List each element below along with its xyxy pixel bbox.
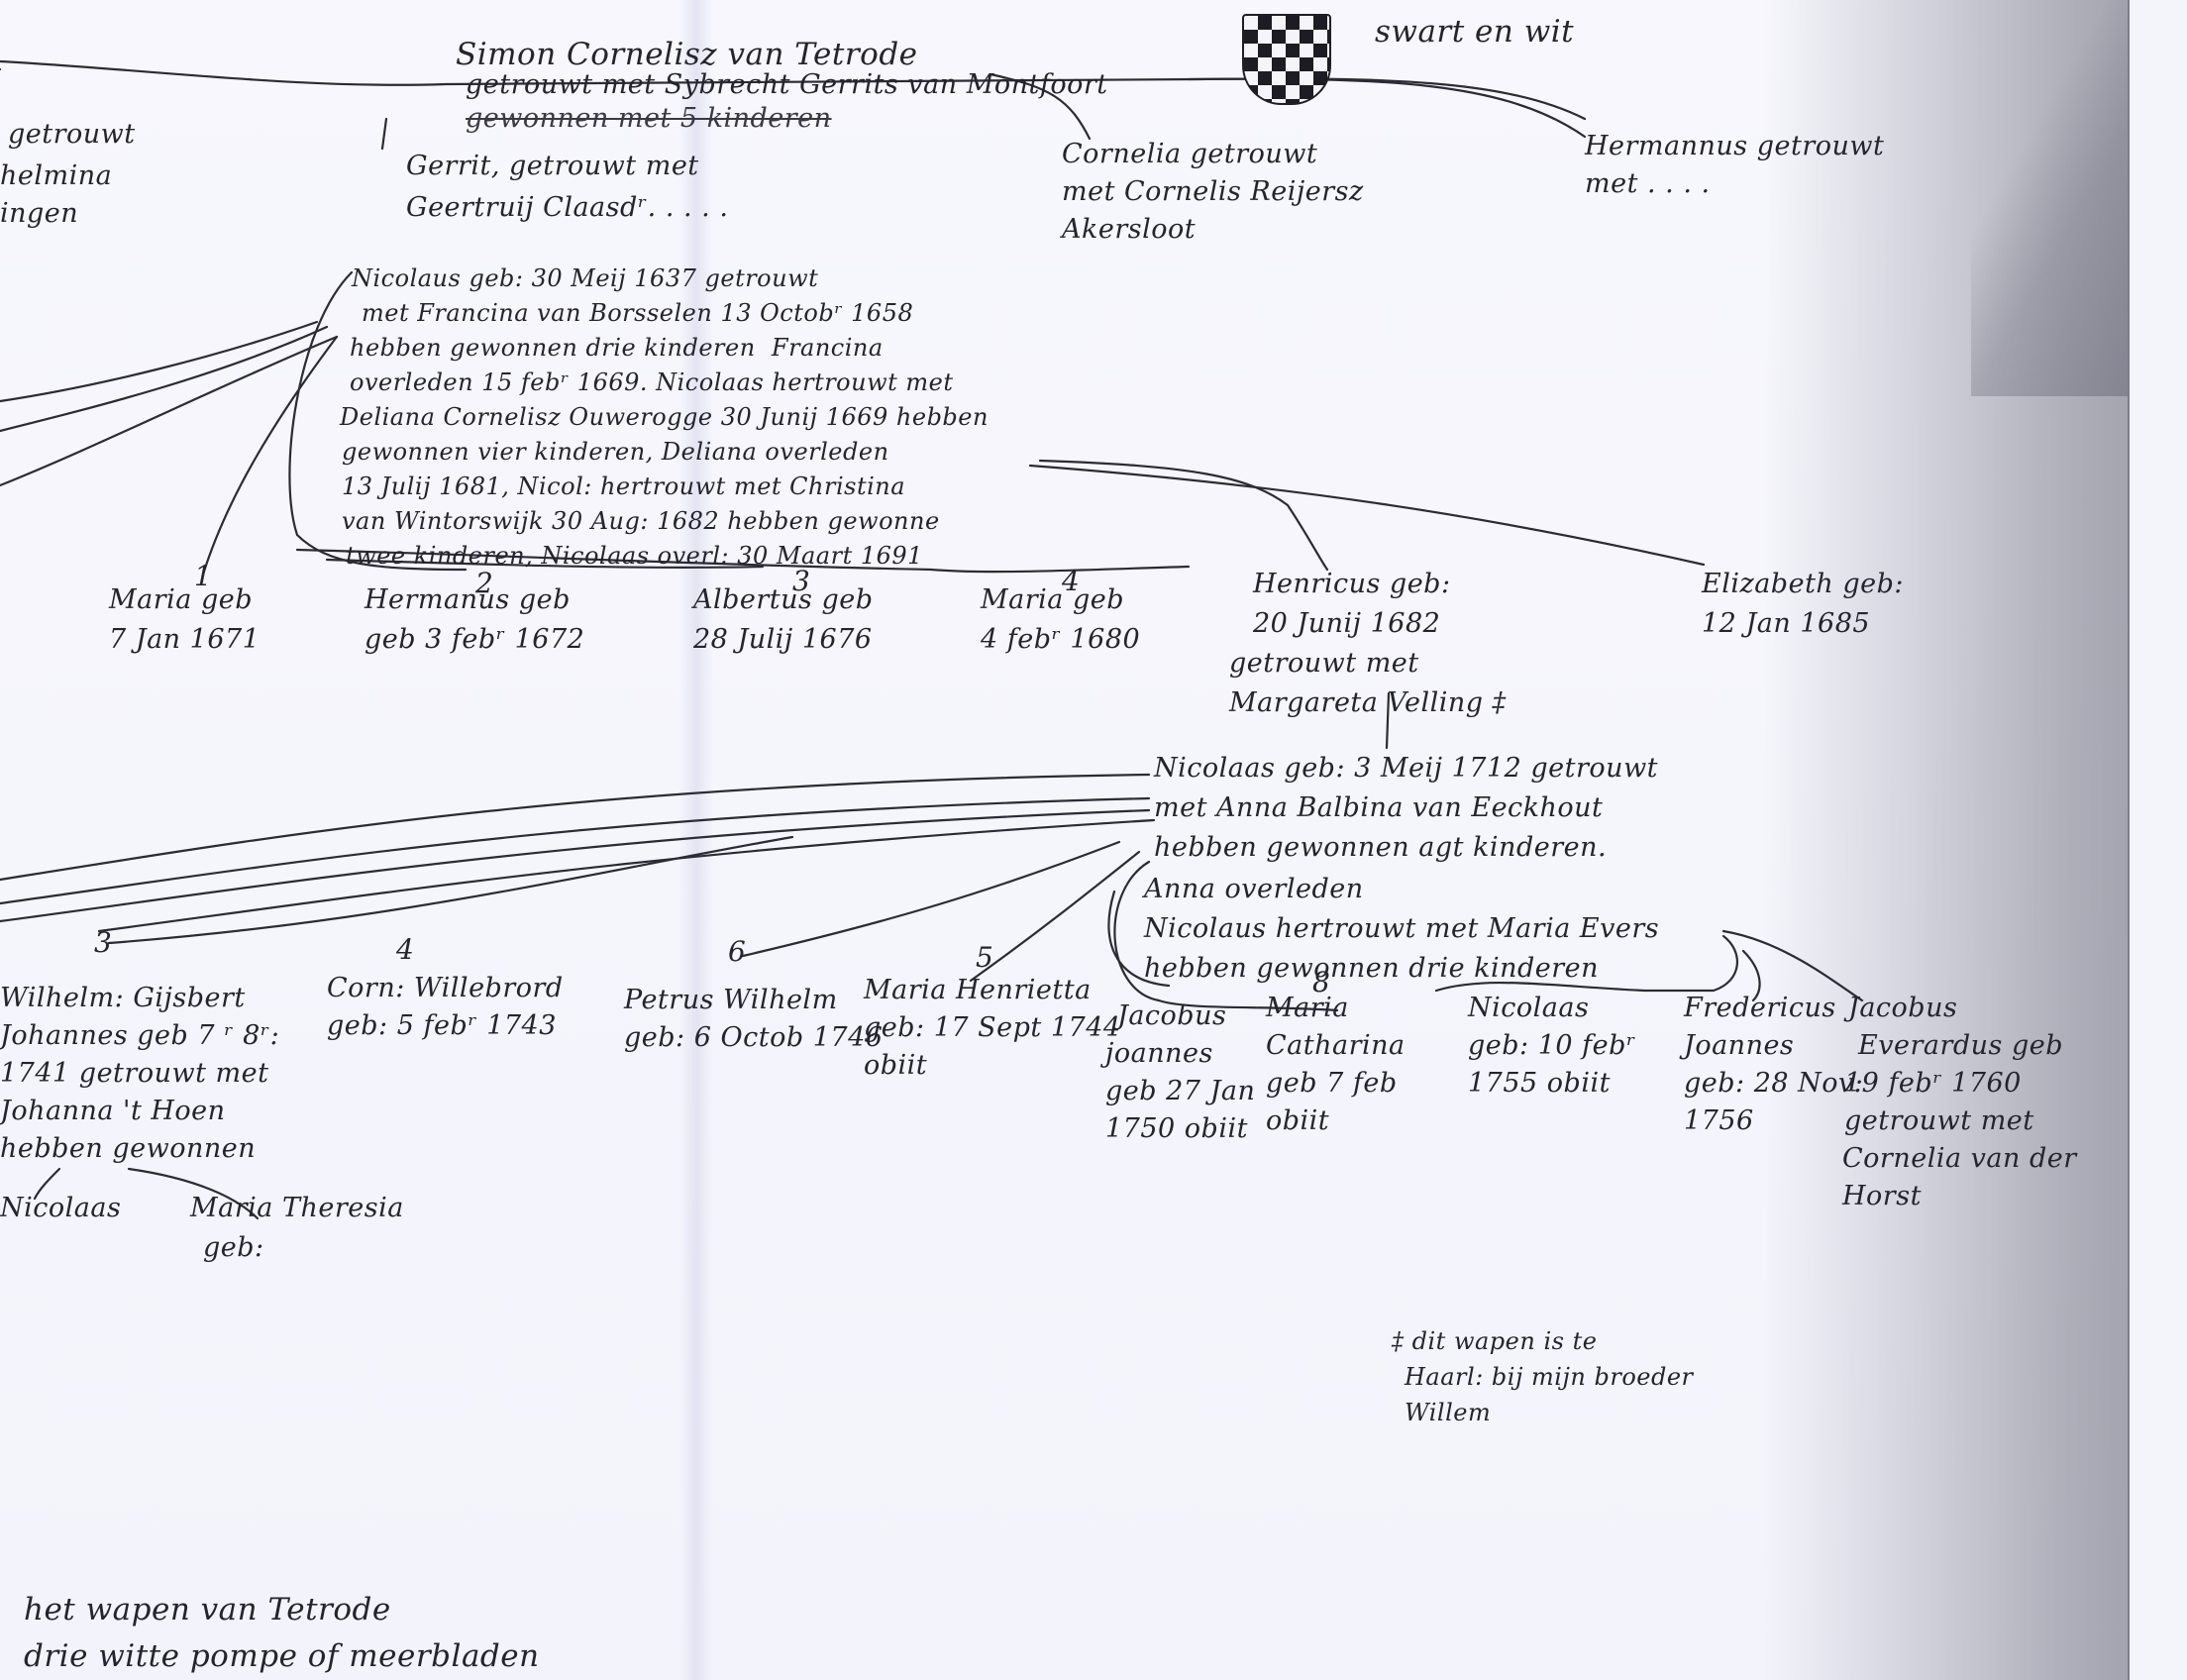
person-line: Albertus geb [693,582,874,618]
person-line: 1741 getrouwt met [0,1056,268,1092]
child-number: 8 [1312,966,1330,998]
person-line: geb: 10 febʳ [1468,1028,1636,1064]
person-maria-theresia-born: geb: [203,1230,264,1266]
person-line: 19 febʳ 1760 [1844,1066,2022,1102]
person-line: Gerrit, getrouwt met [406,149,699,184]
child-number: 2 [475,567,493,599]
person-line: 4 febʳ 1680 [981,622,1140,658]
person-line: geb: 17 Sept 1744 [864,1010,1121,1046]
person-line: geb 7 feb [1266,1066,1398,1102]
person-line: obiit [1266,1103,1329,1139]
person-line: 12 Jan 1685 [1702,606,1870,642]
arms-note-line-3: Willem [1405,1397,1491,1429]
person-line: Cornelia van der [1842,1141,2077,1177]
child-number: 5 [976,941,993,974]
person-line: Maria geb [109,582,253,618]
person-line: joannes [1105,1036,1213,1072]
person-line: twee kinderen, Nicolaas overl: 30 Maart … [346,540,923,573]
person-line: geb: 6 Octob 1746 [624,1020,883,1056]
footer-note-line-1: het wapen van Tetrode [24,1590,391,1629]
left-fragment-line-1: getrouwt [8,117,136,153]
person-line: overleden 15 febʳ 1669. Nicolaas hertrou… [350,367,954,399]
person-maria-theresia: Maria Theresia [190,1191,404,1226]
footer-note-line-2: drie witte pompe of meerbladen [24,1636,540,1676]
person-line: hebben gewonnen agt kinderen. [1154,830,1607,866]
person-line: Cornelia getrouwt [1062,137,1317,172]
founder-struck-line: gewonnen met 5 kinderen [466,101,832,137]
person-line: Geertruij Claasdʳ. . . . . [406,190,728,226]
person-line: met Francina van Borsselen 13 Octobʳ 165… [362,297,913,330]
person-line: 28 Julij 1676 [693,622,873,658]
person-line: Deliana Cornelisz Ouwerogge 30 Junij 166… [340,401,989,434]
person-line: 1756 [1684,1103,1754,1139]
person-line: met Anna Balbina van Eeckhout [1154,790,1603,826]
arms-note-line-1: ‡ dit wapen is te [1392,1325,1597,1358]
arms-colour-label: swart en wit [1375,12,1574,52]
child-number: 1 [194,560,212,592]
person-line: Catharina [1266,1028,1406,1064]
person-line: 1755 obiit [1468,1066,1611,1102]
person-line: getrouwt met [1229,646,1419,682]
person-line: met Cornelis Reijersz [1062,174,1364,210]
document-page [0,0,2128,1680]
person-line: Nicolaas geb: 3 Meij 1712 getrouwt [1154,751,1658,787]
person-line: geb: 28 Nov: [1684,1066,1863,1102]
person-line: Nicolaus geb: 30 Meij 1637 getrouwt [352,262,818,295]
person-line: Anna overleden [1144,872,1364,907]
person-line: hebben gewonnen drie kinderen Francina [350,332,884,365]
person-line: hebben gewonnen [0,1131,256,1167]
left-fragment-line-3: ingen [0,196,78,232]
person-line: Johanna 't Hoen [0,1094,226,1129]
left-fragment-line-2: helmina [0,158,112,194]
person-line: 7 Jan 1671 [109,622,260,658]
person-line: Maria Henrietta [864,973,1092,1008]
child-number: 6 [728,935,746,968]
person-line: met . . . . [1585,166,1711,202]
scanner-margin [2128,0,2187,1680]
person-line: Henricus geb: [1253,567,1451,602]
person-line: Akersloot [1062,212,1196,248]
person-line: Everardus geb [1858,1028,2063,1064]
person-line: obiit [864,1048,927,1084]
person-line: Maria [1266,991,1349,1026]
person-line: geb 27 Jan [1105,1074,1255,1109]
person-line: Nicolaus hertrouwt met Maria Evers [1144,911,1659,947]
person-line: getrouwt met [1844,1103,2034,1139]
child-number: 3 [94,926,112,959]
person-line: 13 Julij 1681, Nicol: hertrouwt met Chri… [342,471,905,503]
checkered-shield-icon [1242,14,1331,105]
person-line: Horst [1842,1179,1922,1214]
person-line: Jacobus [1117,998,1226,1034]
person-line: Johannes geb 7 ʳ 8ʳ: [0,1018,279,1054]
arms-note-line-2: Haarl: bij mijn broeder [1405,1361,1694,1394]
person-line: Maria geb [981,582,1124,618]
person-line: Elizabeth geb: [1702,567,1904,602]
person-line: gewonnen vier kinderen, Deliana overlede… [342,436,889,469]
child-number: 3 [792,565,810,597]
person-line: Fredericus [1684,991,1836,1026]
person-line: 20 Junij 1682 [1253,606,1440,642]
person-line: Hermanus geb [364,582,571,618]
paper-fold-crease [679,0,713,1680]
person-nicolaas-g4: Nicolaas [0,1191,121,1226]
person-line: Jacobus [1848,991,1957,1026]
person-line: Nicolaas [1468,991,1589,1026]
person-line: Wilhelm: Gijsbert [0,981,246,1016]
person-line: hebben gewonnen drie kinderen [1144,951,1599,987]
person-line: geb: 5 febʳ 1743 [327,1008,557,1044]
child-number: 4 [396,933,414,966]
person-line: Joannes [1684,1028,1794,1064]
person-line: van Wintorswijk 30 Aug: 1682 hebben gewo… [342,505,940,538]
person-line: 1750 obiit [1105,1111,1248,1147]
person-line: Petrus Wilhelm [624,983,838,1018]
child-number: 4 [1062,565,1080,597]
person-line: Margareta Velling ‡ [1229,685,1507,721]
person-line: Hermannus getrouwt [1585,129,1884,164]
founder-marriage: getrouwt met Sybrecht Gerrits van Montfo… [466,67,1108,103]
person-line: geb 3 febʳ 1672 [364,622,584,658]
person-line: Corn: Willebrord [327,971,564,1006]
paper-corner-shadow [1971,0,2128,396]
